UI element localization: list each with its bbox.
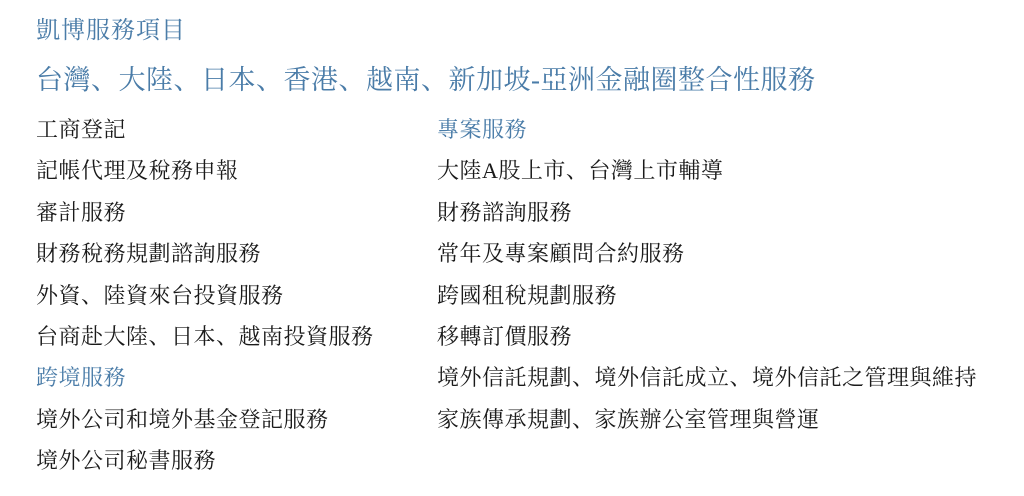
service-item: 移轉訂價服務 [437,316,1004,357]
page-subtitle: 台灣、大陸、日本、香港、越南、新加坡-亞洲金融圈整合性服務 [36,61,1004,99]
service-item: 記帳代理及稅務申報 [36,150,437,191]
service-item: 財務諮詢服務 [437,192,1004,233]
services-columns: 工商登記 記帳代理及稅務申報 審計服務 財務稅務規劃諮詢服務 外資、陸資來台投資… [36,109,1004,482]
page-title: 凱博服務項目 [36,14,1004,48]
services-column-left: 工商登記 記帳代理及稅務申報 審計服務 財務稅務規劃諮詢服務 外資、陸資來台投資… [36,109,437,482]
section-header-cross-border: 跨境服務 [36,357,437,398]
service-item: 家族傳承規劃、家族辦公室管理與營運 [437,399,1004,440]
service-item: 財務稅務規劃諮詢服務 [36,233,437,274]
service-item: 工商登記 [36,109,437,150]
service-item: 大陸A股上市、台灣上市輔導 [437,150,1004,191]
service-item: 台商赴大陸、日本、越南投資服務 [36,316,437,357]
section-header-project-services: 專案服務 [437,109,1004,150]
service-item: 境外公司秘書服務 [36,440,437,481]
service-item: 境外公司和境外基金登記服務 [36,399,437,440]
service-item: 外資、陸資來台投資服務 [36,275,437,316]
service-item: 境外信託規劃、境外信託成立、境外信託之管理與維持 [437,357,1004,398]
services-column-right: 專案服務 大陸A股上市、台灣上市輔導 財務諮詢服務 常年及專案顧問合約服務 跨國… [437,109,1004,482]
service-item: 常年及專案顧問合約服務 [437,233,1004,274]
services-page: 凱博服務項目 台灣、大陸、日本、香港、越南、新加坡-亞洲金融圈整合性服務 工商登… [0,0,1024,496]
service-item: 審計服務 [36,192,437,233]
service-item: 跨國租稅規劃服務 [437,275,1004,316]
